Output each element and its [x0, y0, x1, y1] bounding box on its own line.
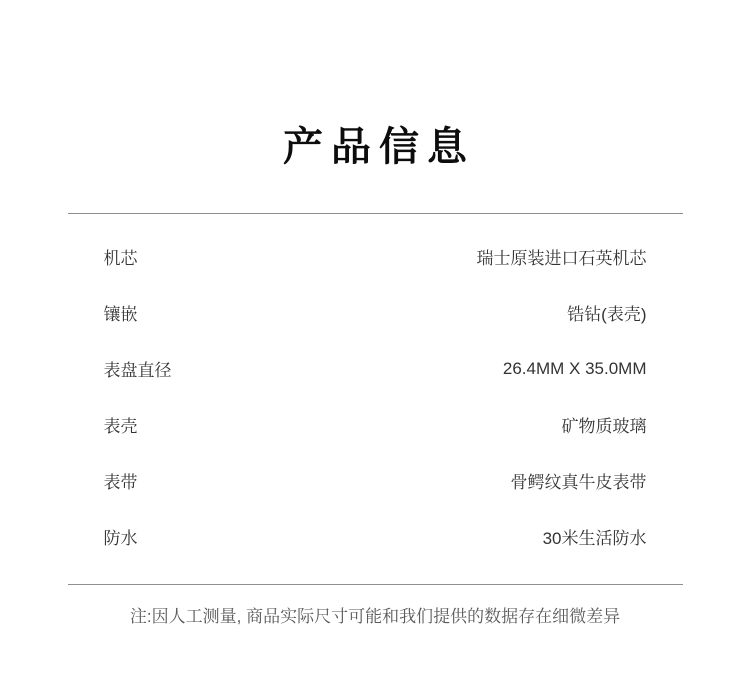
spec-row-inlay: 镶嵌 锆钻(表壳) — [68, 285, 683, 341]
spec-value: 30米生活防水 — [543, 524, 647, 549]
spec-label: 表带 — [104, 468, 138, 493]
spec-value: 瑞士原装进口石英机芯 — [477, 244, 647, 269]
spec-label: 镶嵌 — [104, 300, 138, 325]
product-info-page: 产品信息 机芯 瑞士原装进口石英机芯 镶嵌 锆钻(表壳) 表盘直径 26.4MM… — [0, 0, 750, 693]
spec-value: 锆钻(表壳) — [567, 300, 646, 325]
spec-value: 骨鳄纹真牛皮表带 — [511, 468, 647, 493]
page-title: 产品信息 — [0, 27, 750, 171]
title-divider — [68, 213, 683, 214]
spec-row-waterproof: 防水 30米生活防水 — [68, 509, 683, 565]
spec-list: 机芯 瑞士原装进口石英机芯 镶嵌 锆钻(表壳) 表盘直径 26.4MM X 35… — [68, 229, 683, 565]
spec-row-movement: 机芯 瑞士原装进口石英机芯 — [68, 229, 683, 285]
spec-row-case: 表壳 矿物质玻璃 — [68, 397, 683, 453]
measurement-note: 注:因人工测量, 商品实际尺寸可能和我们提供的数据存在细微差异 — [68, 585, 683, 629]
spec-label: 表壳 — [104, 412, 138, 437]
spec-label: 防水 — [104, 524, 138, 549]
spec-row-strap: 表带 骨鳄纹真牛皮表带 — [68, 453, 683, 509]
spec-value: 矿物质玻璃 — [562, 412, 647, 437]
spec-value: 26.4MM X 35.0MM — [503, 359, 647, 379]
spec-label: 表盘直径 — [104, 356, 172, 381]
spec-row-dial-diameter: 表盘直径 26.4MM X 35.0MM — [68, 341, 683, 397]
spec-label: 机芯 — [104, 244, 138, 269]
